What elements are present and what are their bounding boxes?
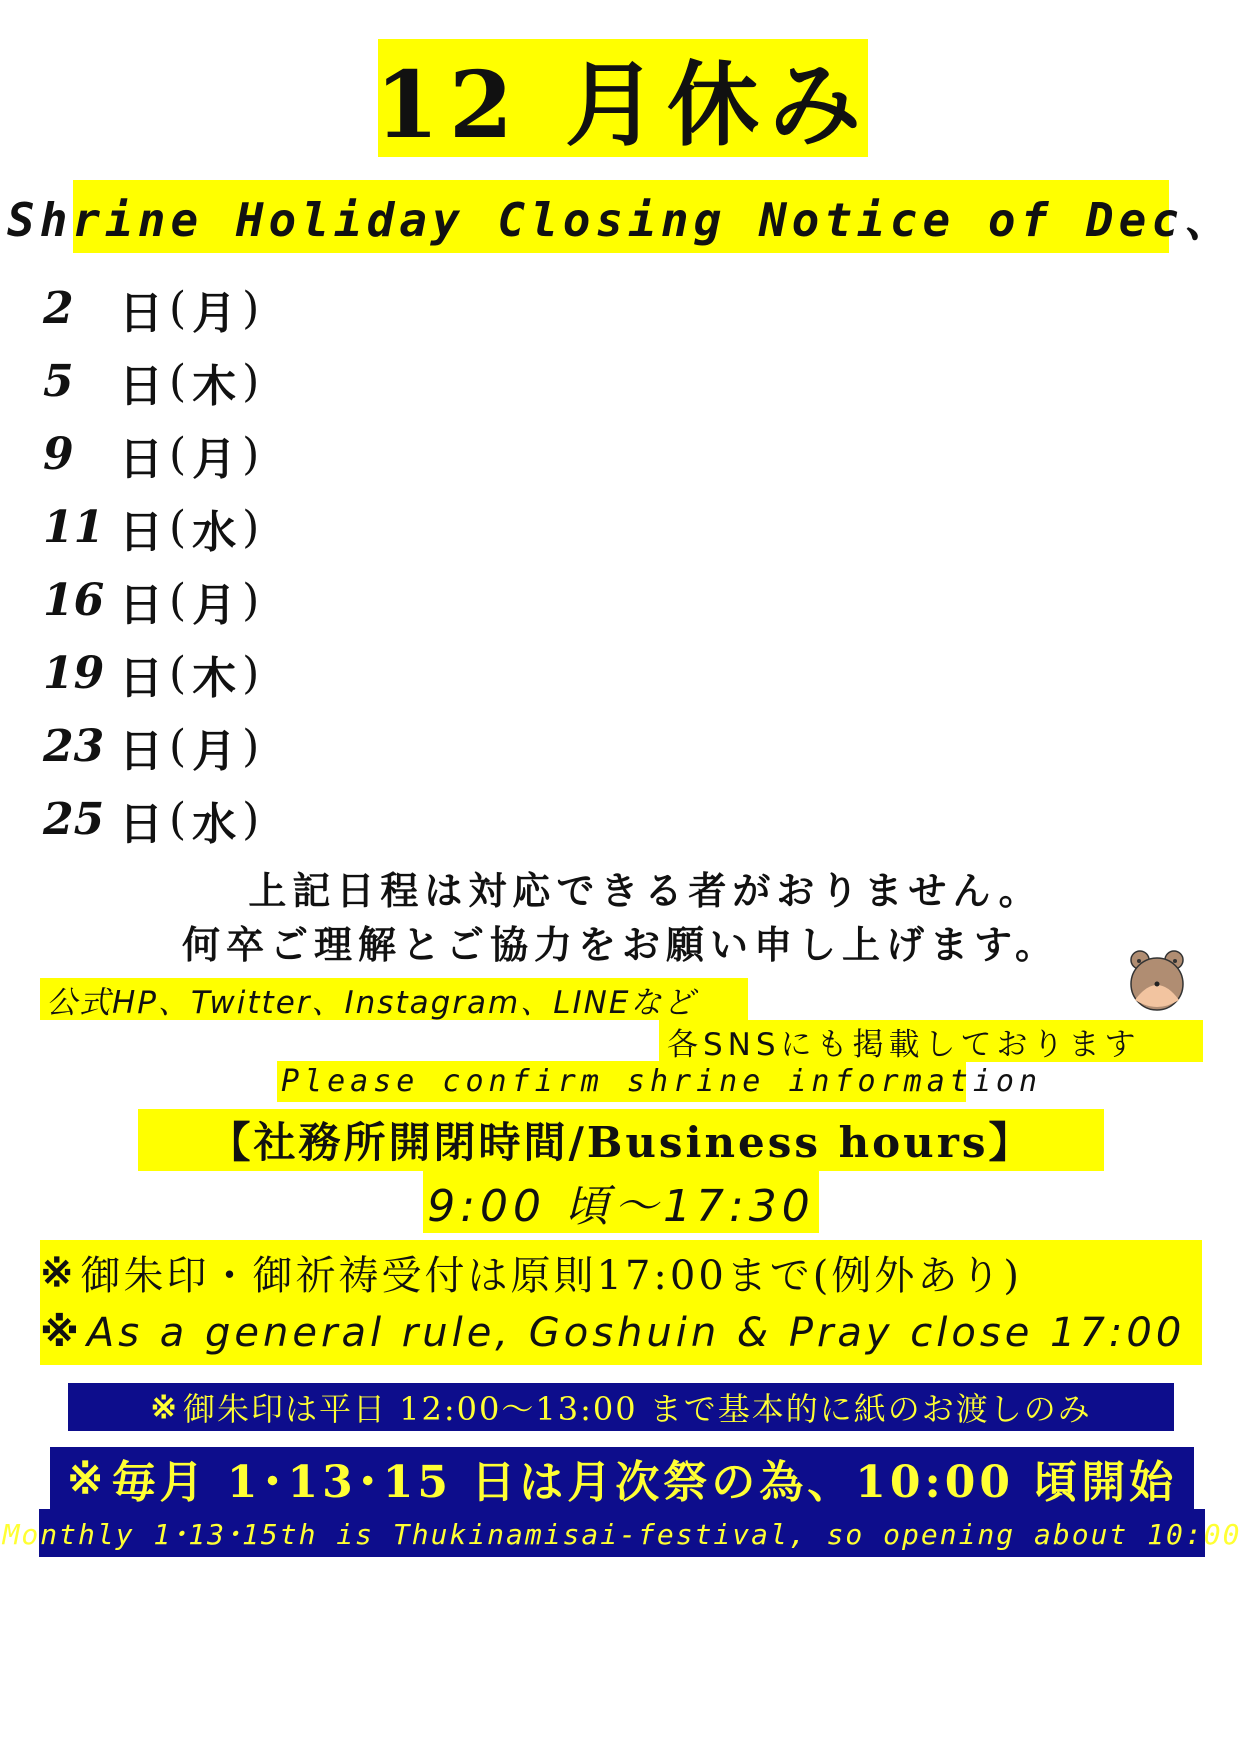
goshuin-notice-jp: ※ 御朱印・御祈祷受付は原則17:00まで(例外あり): [40, 1243, 1022, 1303]
sns-line-1-text: 公式HP、Twitter、Instagram、LINEなど: [46, 977, 696, 1022]
goshuin-notice-jp-text: 御朱印・御祈祷受付は原則17:00まで(例外あり): [81, 1244, 1022, 1301]
date-weekday: 木: [192, 642, 236, 706]
list-item: 16 日 ( 月 ): [43, 564, 343, 637]
date-unit: 日: [119, 788, 163, 852]
list-item: 19 日 ( 木 ): [43, 637, 343, 710]
bear-face-icon: [1126, 948, 1188, 1012]
page-subtitle: Shrine Holiday Closing Notice of Dec、: [73, 180, 1169, 253]
paren-open: (: [169, 794, 186, 845]
page-title: 12 月休み: [378, 39, 868, 157]
weekday-goshuin-notice-text: 御朱印は平日 12:00～13:00 まで基本的に紙のお渡しのみ: [183, 1384, 1092, 1430]
date-unit: 日: [119, 642, 163, 706]
page-title-text: 12 月休み: [375, 32, 871, 164]
list-item: 9 日 ( 月 ): [43, 418, 343, 491]
date-day: 9: [43, 429, 105, 480]
date-weekday: 月: [192, 423, 236, 487]
date-weekday: 水: [192, 788, 236, 852]
date-weekday: 水: [192, 496, 236, 560]
weekday-goshuin-notice: ※ 御朱印は平日 12:00～13:00 まで基本的に紙のお渡しのみ: [68, 1383, 1174, 1431]
business-hours-time: 9:00 頃～17:30: [423, 1171, 819, 1233]
paren-open: (: [169, 575, 186, 626]
business-hours-heading-text: 【社務所開閉時間/Business hours】: [208, 1110, 1033, 1170]
goshuin-notice-en: ※ As a general rule, Goshuin & Pray clos…: [40, 1303, 1185, 1363]
reference-mark-icon: ※: [67, 1453, 108, 1504]
date-day: 25: [43, 794, 105, 845]
sns-line-3: Please confirm shrine information: [277, 1061, 966, 1102]
date-day: 11: [43, 502, 105, 553]
paren-open: (: [169, 283, 186, 334]
sns-line-2-text: 各SNSにも掲載しております: [667, 1019, 1141, 1064]
date-day: 16: [43, 575, 105, 626]
paren-close: ): [242, 429, 259, 480]
date-weekday: 月: [192, 715, 236, 779]
business-hours-time-text: 9:00 頃～17:30: [427, 1170, 815, 1234]
paren-open: (: [169, 356, 186, 407]
date-day: 2: [43, 283, 105, 334]
date-unit: 日: [119, 715, 163, 779]
date-day: 5: [43, 356, 105, 407]
paren-open: (: [169, 721, 186, 772]
list-item: 11 日 ( 水 ): [43, 491, 343, 564]
monthly-festival-notice-en-text: Monthly 1･13･15th is Thukinamisai-festiv…: [3, 1513, 1241, 1553]
paren-close: ): [242, 283, 259, 334]
list-item: 2 日 ( 月 ): [43, 272, 343, 345]
business-hours-heading: 【社務所開閉時間/Business hours】: [138, 1109, 1104, 1171]
notice-line-2-text: 何卒ご理解とご協力をお願い申し上げます。: [182, 914, 1059, 969]
paren-close: ): [242, 575, 259, 626]
reference-mark-icon: ※: [150, 1388, 179, 1426]
sns-line-2: 各SNSにも掲載しております: [659, 1020, 1203, 1062]
date-weekday: 月: [192, 277, 236, 341]
notice-line-1: 上記日程は対応できる者がおりません。: [0, 860, 1241, 914]
goshuin-notice-en-text: As a general rule, Goshuin & Pray close …: [87, 1310, 1185, 1356]
notice-line-2: 何卒ご理解とご協力をお願い申し上げます。: [0, 914, 1241, 968]
closed-dates-list: 2 日 ( 月 ) 5 日 ( 木 ) 9 日 ( 月 ) 11 日 ( 水 )…: [43, 272, 343, 856]
sns-line-1: 公式HP、Twitter、Instagram、LINEなど: [40, 978, 748, 1020]
list-item: 23 日 ( 月 ): [43, 710, 343, 783]
date-unit: 日: [119, 350, 163, 414]
monthly-festival-notice-jp: ※ 毎月 1･13･15 日は月次祭の為、10:00 頃開始: [50, 1447, 1194, 1509]
date-day: 23: [43, 721, 105, 772]
paren-close: ): [242, 356, 259, 407]
sns-line-3-text: Please confirm shrine information: [281, 1064, 1042, 1099]
page-subtitle-text: Shrine Holiday Closing Notice of Dec、: [7, 184, 1235, 250]
date-unit: 日: [119, 423, 163, 487]
list-item: 25 日 ( 水 ): [43, 783, 343, 856]
date-day: 19: [43, 648, 105, 699]
reference-mark-icon: ※: [40, 1310, 83, 1356]
date-unit: 日: [119, 277, 163, 341]
paren-close: ): [242, 721, 259, 772]
date-weekday: 木: [192, 350, 236, 414]
date-weekday: 月: [192, 569, 236, 633]
paren-open: (: [169, 648, 186, 699]
goshuin-notice: ※ 御朱印・御祈祷受付は原則17:00まで(例外あり) ※ As a gener…: [40, 1240, 1202, 1365]
paren-open: (: [169, 502, 186, 553]
monthly-festival-notice-jp-text: 毎月 1･13･15 日は月次祭の為、10:00 頃開始: [112, 1446, 1178, 1510]
paren-close: ): [242, 648, 259, 699]
paren-close: ): [242, 794, 259, 845]
monthly-festival-notice-en: Monthly 1･13･15th is Thukinamisai-festiv…: [39, 1509, 1205, 1557]
reference-mark-icon: ※: [40, 1249, 77, 1296]
paren-open: (: [169, 429, 186, 480]
date-unit: 日: [119, 496, 163, 560]
list-item: 5 日 ( 木 ): [43, 345, 343, 418]
notice-line-1-text: 上記日程は対応できる者がおりません。: [248, 860, 1042, 915]
date-unit: 日: [119, 569, 163, 633]
paren-close: ): [242, 502, 259, 553]
